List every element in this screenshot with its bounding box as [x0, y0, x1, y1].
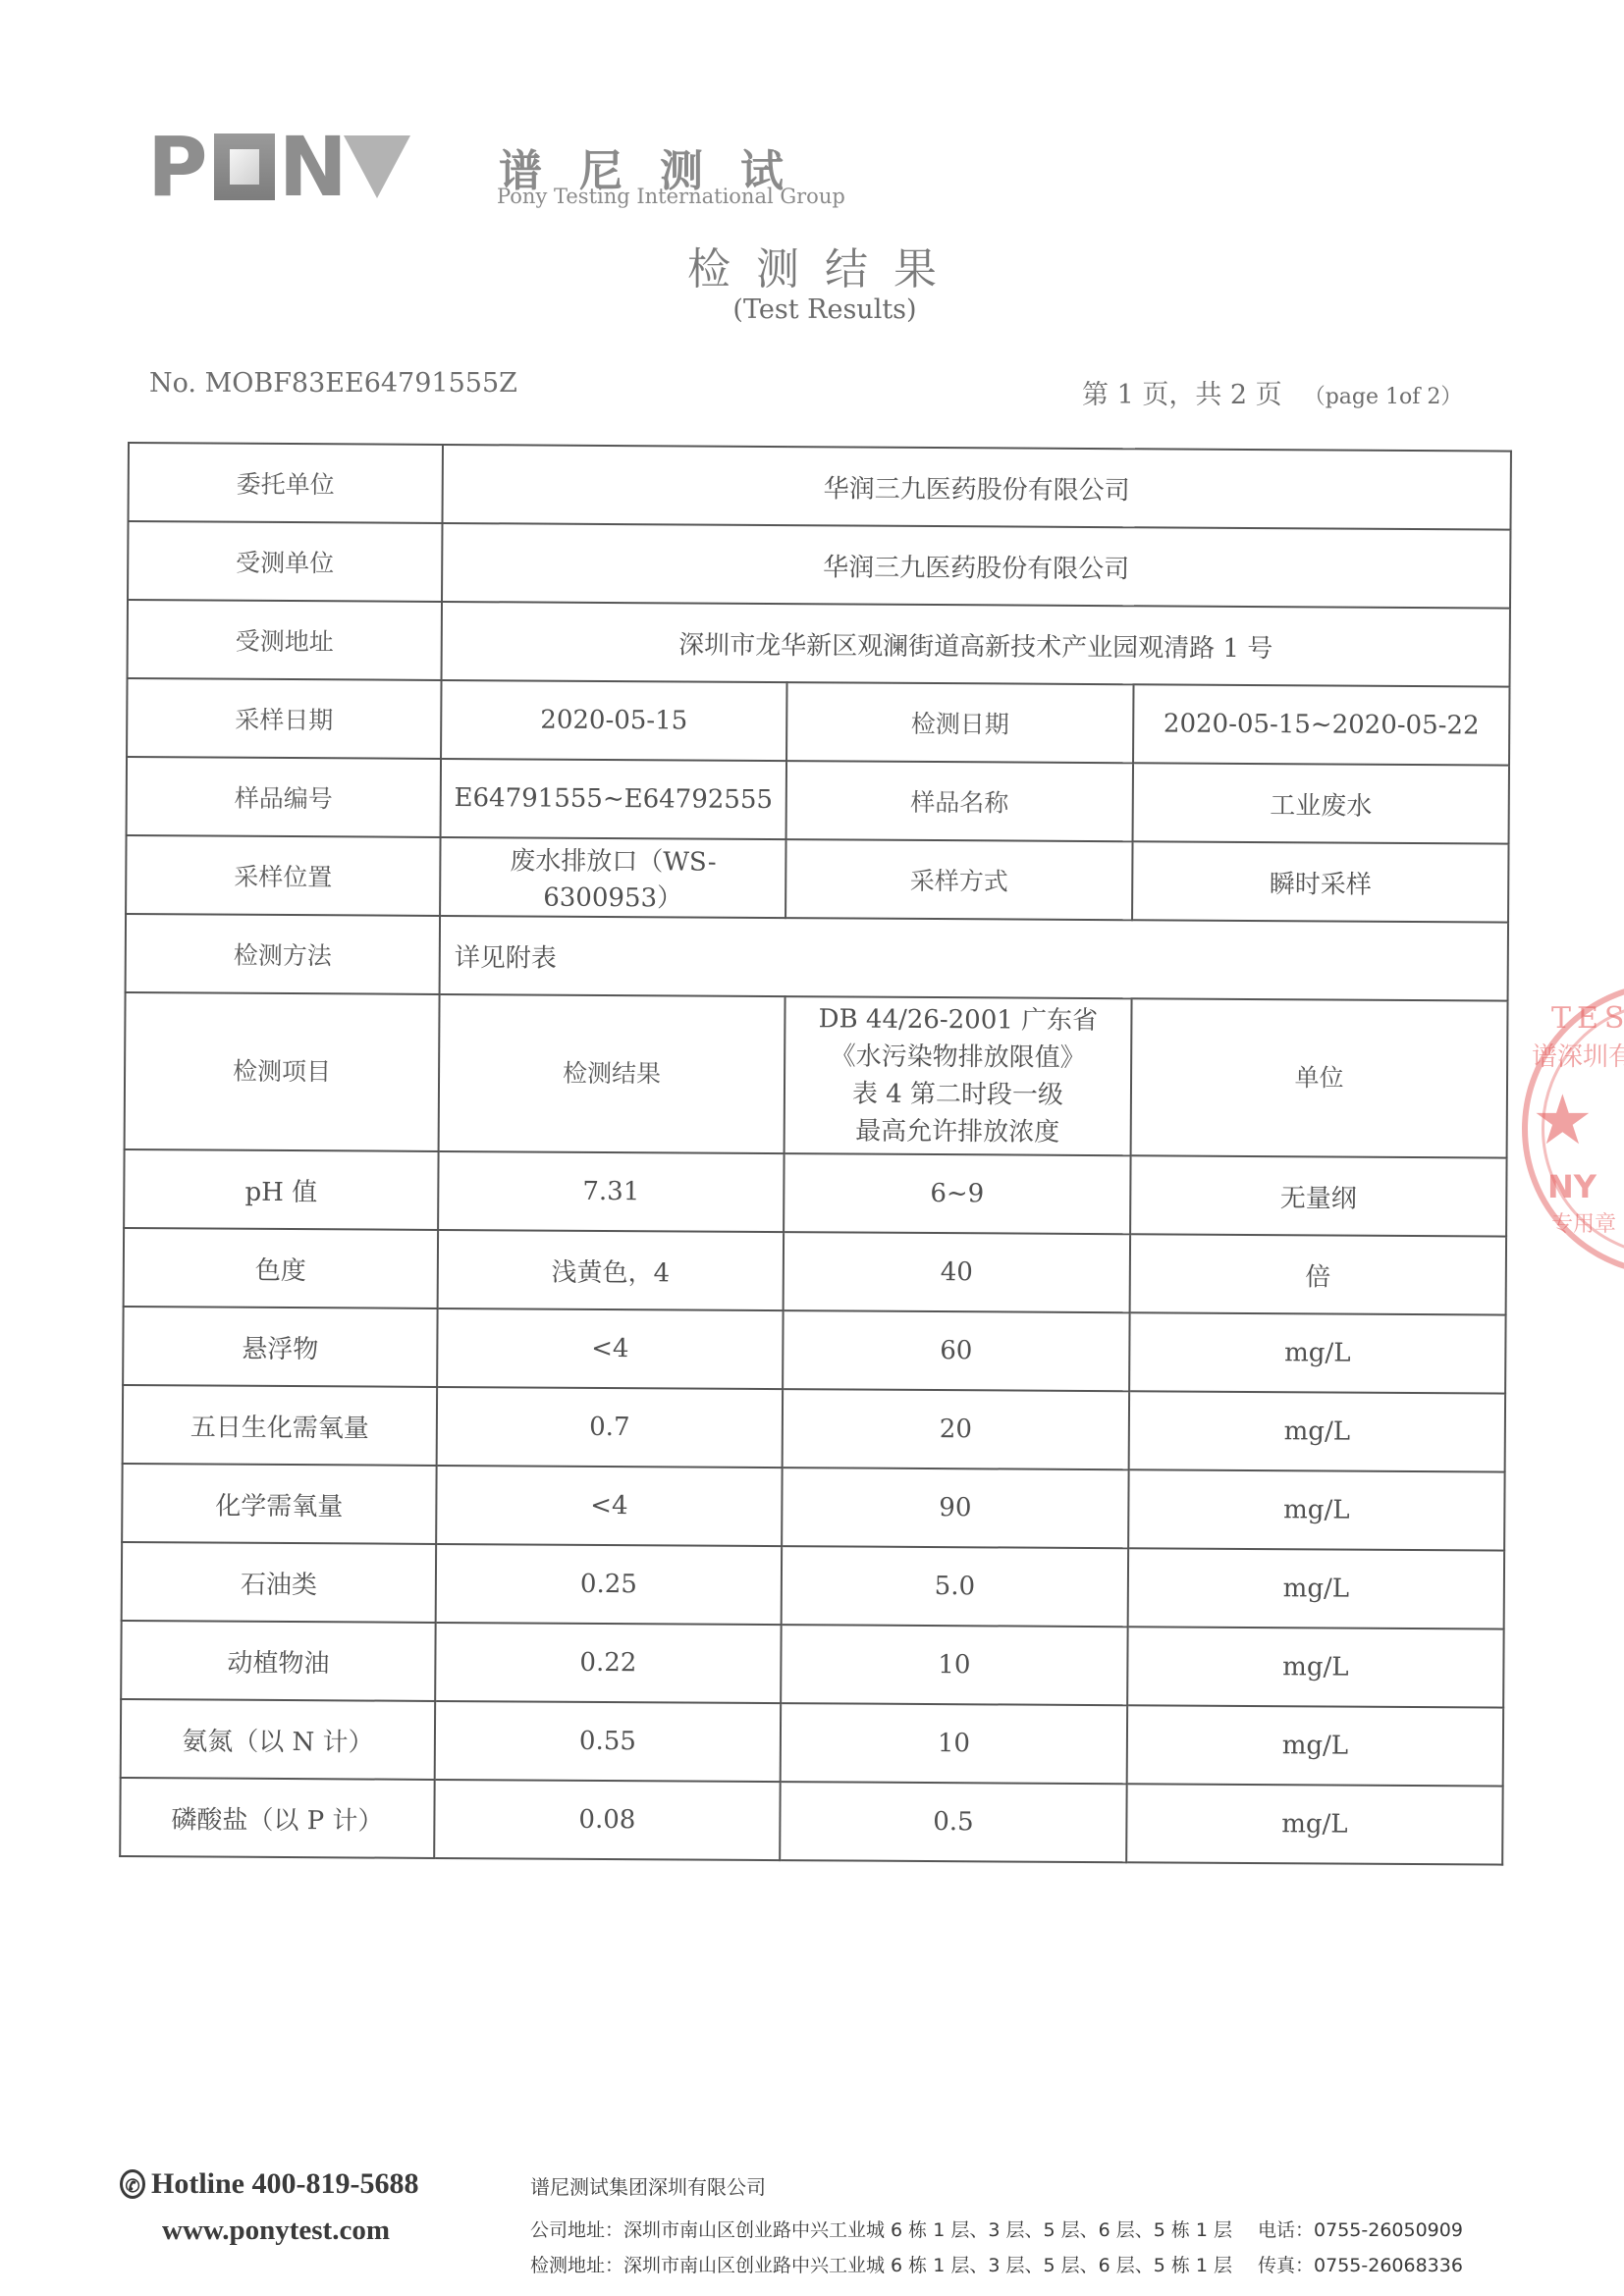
result-value: 0.7 [437, 1387, 783, 1468]
header-standard-line: 《水污染物排放限值》 [791, 1038, 1124, 1077]
lab-address-line: 检测地址：深圳市南山区创业路中兴工业城 6 栋 1 层、3 层、5 层、6 层、… [530, 2251, 1463, 2277]
client-value: 华润三九医药股份有限公司 [442, 445, 1510, 530]
company-address: 公司地址：深圳市南山区创业路中兴工业城 6 栋 1 层、3 层、5 层、6 层、… [530, 2219, 1232, 2241]
result-item: 氨氮（以 N 计） [121, 1699, 435, 1780]
result-limit: 10 [781, 1625, 1127, 1705]
stamp-text-top: TEST [1551, 1001, 1624, 1036]
sample-no-value: E64791555~E64792555 [441, 759, 786, 839]
pony-logo: PN [147, 130, 471, 204]
result-item: 石油类 [122, 1542, 436, 1623]
result-limit: 40 [784, 1232, 1130, 1312]
result-unit: mg/L [1127, 1705, 1503, 1786]
official-seal-stamp: TEST 谱深圳有 ★ NY 专用章 [1512, 972, 1624, 1286]
sampling-date-value: 2020-05-15 [441, 680, 786, 761]
test-date-value: 2020-05-15~2020-05-22 [1133, 684, 1509, 765]
sampling-location-value: 废水排放口（WS-6300953） [440, 837, 785, 918]
report-number: No. MOBF83EE64791555Z [149, 368, 517, 399]
result-row: 磷酸盐（以 P 计） 0.08 0.5 mg/L [120, 1778, 1502, 1865]
header-standard: DB 44/26-2001 广东省 《水污染物排放限值》 表 4 第二时段一级 … [785, 996, 1132, 1155]
fax-number: 传真：0755-26068336 [1258, 2255, 1463, 2276]
result-item: 化学需氧量 [122, 1464, 436, 1544]
phone-number: 电话：0755-26050909 [1258, 2219, 1463, 2241]
hotline-text: Hotline 400-819-5688 [151, 2167, 418, 2201]
result-limit: 0.5 [780, 1782, 1126, 1862]
result-limit: 60 [783, 1310, 1129, 1391]
sampling-date-label: 采样日期 [127, 678, 441, 759]
info-row-dates: 采样日期 2020-05-15 检测日期 2020-05-15~2020-05-… [127, 678, 1509, 766]
logo-english-name: Pony Testing International Group [497, 185, 845, 208]
result-unit: 倍 [1130, 1234, 1506, 1314]
info-row-tested-address: 受测地址 深圳市龙华新区观澜街道高新技术产业园观清路 1 号 [128, 600, 1510, 687]
sampling-method-value: 瞬时采样 [1132, 841, 1508, 922]
tested-unit-label: 受测单位 [128, 521, 442, 602]
star-icon: ★ [1532, 1080, 1594, 1160]
logo-letter-y-shape [344, 135, 410, 198]
sampling-method-label: 采样方式 [785, 839, 1132, 920]
stamp-text-mid: NY [1547, 1168, 1597, 1205]
result-unit: 无量纲 [1130, 1155, 1506, 1236]
client-label: 委托单位 [129, 443, 443, 523]
result-item: 磷酸盐（以 P 计） [120, 1778, 434, 1858]
logo-letter-o-shape [214, 133, 275, 200]
logo-letter-p: P [147, 130, 210, 204]
result-row: pH 值 7.31 6~9 无量纲 [124, 1149, 1506, 1237]
result-limit: 90 [782, 1468, 1128, 1548]
result-item: 动植物油 [121, 1621, 435, 1701]
test-method-label: 检测方法 [126, 914, 440, 994]
document-title: 检测结果 [0, 234, 1624, 296]
header-unit: 单位 [1131, 998, 1508, 1157]
result-item: 五日生化需氧量 [123, 1385, 437, 1466]
result-value: 7.31 [438, 1151, 784, 1232]
header-standard-line: 最高允许排放浓度 [791, 1112, 1124, 1151]
result-row: 五日生化需氧量 0.7 20 mg/L [123, 1385, 1505, 1472]
result-limit: 10 [781, 1703, 1127, 1784]
test-method-value: 详见附表 [440, 916, 1508, 1001]
result-row: 悬浮物 <4 60 mg/L [123, 1307, 1505, 1394]
result-unit: mg/L [1127, 1627, 1503, 1707]
info-row-sample: 样品编号 E64791555~E64792555 样品名称 工业废水 [127, 757, 1509, 844]
page-indicator: 第 1 页，共 2 页（page 1of 2） [1082, 373, 1462, 411]
sampling-location-label: 采样位置 [126, 835, 440, 916]
result-unit: mg/L [1128, 1469, 1504, 1550]
result-row: 氨氮（以 N 计） 0.55 10 mg/L [121, 1699, 1503, 1787]
result-limit: 6~9 [784, 1153, 1130, 1234]
company-name: 谱尼测试集团深圳有限公司 [530, 2171, 766, 2200]
info-row-client: 委托单位 华润三九医药股份有限公司 [129, 443, 1511, 530]
result-limit: 5.0 [782, 1546, 1128, 1627]
test-results-table: 委托单位 华润三九医药股份有限公司 受测单位 华润三九医药股份有限公司 受测地址… [119, 442, 1512, 1866]
logo-letters-n: N [279, 130, 350, 204]
page-indicator-en: （page 1of 2） [1304, 385, 1463, 409]
hotline: ✆ Hotline 400-819-5688 [120, 2167, 418, 2201]
stamp-text-bottom: 专用章 [1551, 1207, 1616, 1238]
result-limit: 20 [783, 1389, 1129, 1469]
result-unit: mg/L [1129, 1391, 1505, 1471]
header-result: 检测结果 [439, 994, 785, 1153]
result-value: 0.55 [435, 1701, 781, 1782]
result-row: 石油类 0.25 5.0 mg/L [122, 1542, 1504, 1629]
info-row-sampling: 采样位置 废水排放口（WS-6300953） 采样方式 瞬时采样 [126, 835, 1508, 923]
tested-address-label: 受测地址 [128, 600, 442, 680]
result-value: <4 [437, 1308, 783, 1389]
test-date-label: 检测日期 [786, 682, 1133, 763]
sample-name-label: 样品名称 [786, 761, 1133, 841]
stamp-text-cn: 谱深圳有 [1532, 1037, 1624, 1073]
header-item: 检测项目 [125, 992, 440, 1151]
result-unit: mg/L [1129, 1312, 1505, 1393]
phone-icon: ✆ [120, 2169, 145, 2199]
result-item: 悬浮物 [123, 1307, 437, 1387]
results-header-row: 检测项目 检测结果 DB 44/26-2001 广东省 《水污染物排放限值》 表… [125, 992, 1508, 1158]
header-standard-line: 表 4 第二时段一级 [791, 1075, 1124, 1114]
page-indicator-cn: 第 1 页，共 2 页 [1082, 380, 1282, 410]
tested-address-value: 深圳市龙华新区观澜街道高新技术产业园观清路 1 号 [442, 602, 1510, 687]
result-row: 化学需氧量 <4 90 mg/L [122, 1464, 1504, 1551]
document-subtitle: (Test Results) [0, 294, 1624, 325]
info-row-tested-unit: 受测单位 华润三九医药股份有限公司 [128, 521, 1510, 609]
result-item: 色度 [124, 1228, 438, 1308]
info-row-test-method: 检测方法 详见附表 [126, 914, 1508, 1001]
lab-address: 检测地址：深圳市南山区创业路中兴工业城 6 栋 1 层、3 层、5 层、6 层、… [530, 2255, 1232, 2276]
result-value: 浅黄色，4 [438, 1230, 784, 1310]
result-item: pH 值 [124, 1149, 438, 1230]
result-row: 动植物油 0.22 10 mg/L [121, 1621, 1503, 1708]
result-unit: mg/L [1126, 1784, 1502, 1864]
sample-no-label: 样品编号 [127, 757, 441, 837]
result-value: 0.22 [435, 1623, 781, 1703]
result-value: <4 [436, 1466, 782, 1546]
tested-unit-value: 华润三九医药股份有限公司 [442, 523, 1510, 609]
result-unit: mg/L [1128, 1548, 1504, 1629]
sample-name-value: 工业废水 [1133, 763, 1509, 843]
website-link[interactable]: www.ponytest.com [162, 2215, 390, 2247]
company-address-line: 公司地址：深圳市南山区创业路中兴工业城 6 栋 1 层、3 层、5 层、6 层、… [530, 2216, 1463, 2242]
result-row: 色度 浅黄色，4 40 倍 [124, 1228, 1506, 1315]
result-value: 0.08 [434, 1780, 780, 1860]
header-standard-line: DB 44/26-2001 广东省 [791, 1000, 1124, 1040]
result-value: 0.25 [436, 1544, 782, 1625]
